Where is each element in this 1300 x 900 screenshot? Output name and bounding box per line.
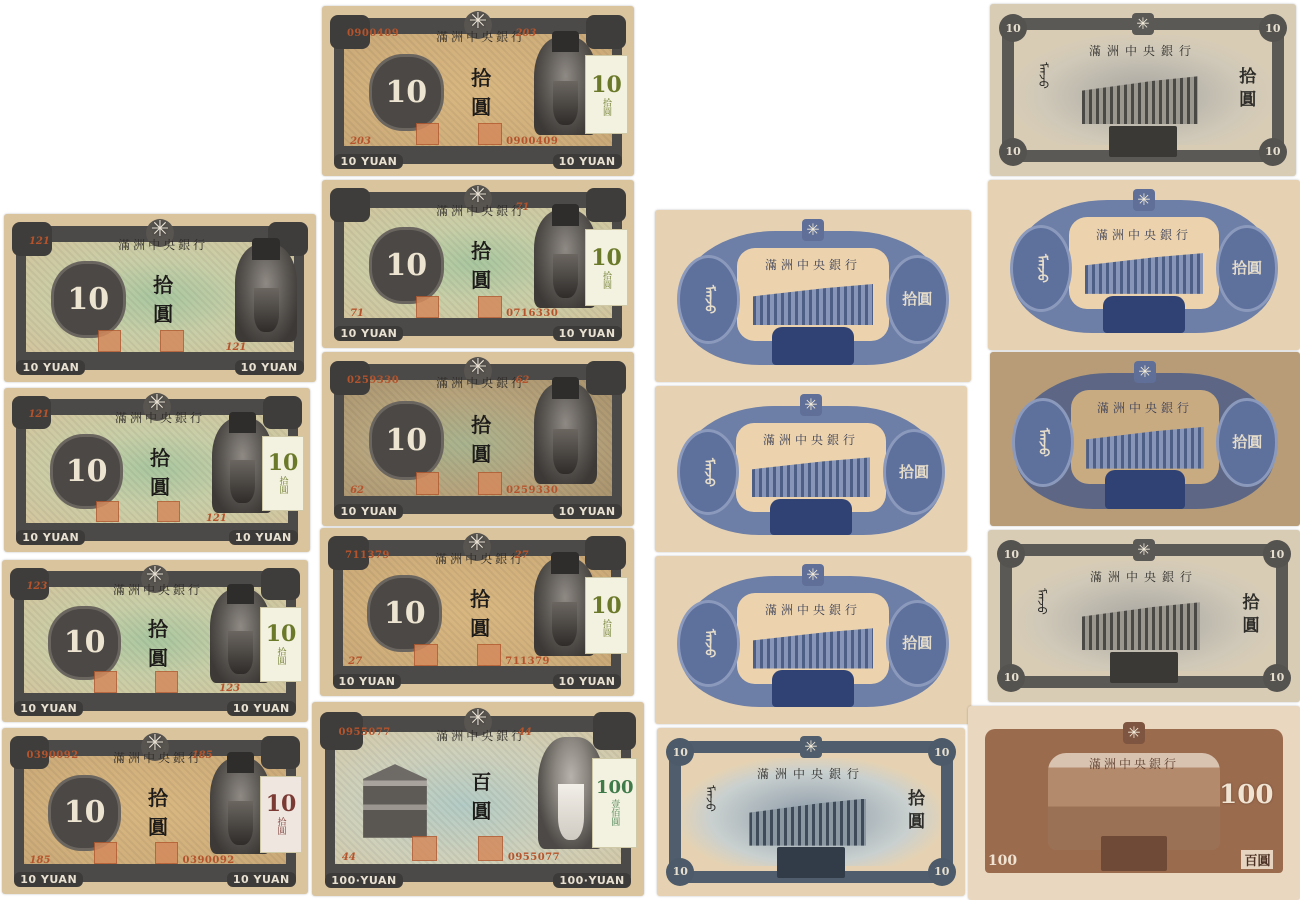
corner-numeral: 10 — [928, 858, 956, 886]
banknote-front-100-yuan-0955077: ✳ 滿洲中央銀行 0955077 0955077 44 44 百圓 100·YU… — [312, 702, 644, 896]
legal-text-plaque — [1103, 296, 1184, 333]
seal-stamp — [478, 836, 503, 861]
yuan-label: 10 YUAN — [227, 701, 296, 716]
portrait-emperor — [534, 383, 596, 484]
denomination-medallion: 10 — [372, 230, 441, 301]
denomination-chinese: 拾圓 — [145, 444, 176, 502]
portrait-emperor — [235, 244, 297, 341]
block-number: 123 — [219, 683, 240, 694]
seal-stamp — [478, 472, 502, 495]
corner-ornament — [586, 188, 627, 222]
overprint-stamp: 10拾圓 — [260, 776, 302, 853]
bank-name: 滿洲中央銀行 — [1066, 568, 1222, 585]
serial-number: 0955077 — [339, 727, 391, 738]
block-number: 71 — [515, 202, 529, 213]
corner-ornament — [593, 712, 636, 751]
mongolian-script-medallion: ᠮᠠᠨᠵᠤ — [1015, 401, 1071, 485]
denomination-medallion: 10 — [51, 778, 118, 848]
seal-stamp — [155, 842, 178, 864]
denomination-chinese: 百圓 — [465, 768, 498, 826]
seal-stamp — [94, 671, 117, 692]
serial-number: 711379 — [345, 550, 390, 561]
denomination-numeral-small: 100 — [988, 853, 1017, 869]
denomination-numeral: 100 — [1219, 780, 1273, 810]
yuan-label: 100·YUAN — [325, 873, 402, 888]
denomination-chinese: 拾圓 — [143, 615, 174, 673]
seal-stamp — [96, 501, 119, 523]
denomination-medallion: 10 — [54, 264, 123, 335]
star-emblem-icon: ✳ — [802, 219, 824, 241]
denomination-chinese: 拾圓 — [466, 411, 497, 469]
block-number: 27 — [515, 550, 529, 561]
corner-ornament — [263, 396, 303, 429]
yuan-label: 10 YUAN — [14, 701, 83, 716]
seal-stamp — [478, 296, 502, 318]
yuan-label: 10 YUAN — [16, 360, 85, 375]
yuan-label: 10 YUAN — [334, 326, 403, 341]
legal-text-plaque — [1109, 126, 1176, 157]
serial-number: 0716330 — [506, 308, 558, 319]
seal-stamp — [414, 644, 438, 666]
serial-number: 0259330 — [347, 375, 399, 386]
star-emblem-icon: ✳ — [800, 394, 822, 416]
seal-stamp — [416, 472, 440, 495]
block-number: 71 — [350, 308, 364, 319]
bank-name: 滿洲中央銀行 — [1067, 42, 1220, 59]
overprint-stamp: 10拾圓 — [260, 607, 302, 682]
yuan-label: 10 YUAN — [334, 154, 403, 169]
overprint-stamp: 10拾圓 — [262, 436, 304, 512]
corner-numeral: 10 — [666, 858, 694, 886]
yuan-label: 100·YUAN — [553, 873, 630, 888]
block-number: 203 — [515, 28, 536, 39]
block-number: 203 — [350, 136, 371, 147]
denomination-medallion: 10 — [370, 578, 439, 649]
banknote-front-10-yuan-0716330: ✳ 滿洲中央銀行 0716330 71 71 10 拾圓 10 YUAN 10 … — [322, 180, 634, 348]
overprint-stamp: 100壹佰圓 — [592, 758, 637, 847]
star-emblem-icon: ✳ — [1132, 13, 1154, 35]
mongolian-script: ᠮᠠᠨᠵᠤ — [1033, 62, 1054, 89]
mongolian-script-medallion: ᠮᠠᠨᠵᠤ — [680, 432, 736, 512]
star-emblem-icon: ✳ — [1133, 189, 1155, 211]
denomination-medallion: 拾圓 — [889, 258, 946, 341]
yuan-label: 10 YUAN — [553, 326, 622, 341]
corner-numeral: 10 — [997, 664, 1025, 692]
denomination-chinese: 拾圓 — [1239, 66, 1256, 112]
corner-ornament — [586, 361, 627, 396]
block-number: 121 — [226, 342, 247, 353]
banknote-front-10-yuan-711379: ✳ 滿洲中央銀行 711379 711379 27 27 10 拾圓 10 YU… — [320, 528, 634, 696]
legal-text-plaque — [1101, 836, 1167, 871]
yuan-label: 10 YUAN — [227, 872, 296, 887]
overprint-stamp: 10拾圓 — [585, 55, 628, 134]
banknote-reverse-10-yuan-blue: ✳ ᠮᠠᠨᠵᠤ 拾圓 滿洲中央銀行 — [655, 210, 971, 382]
legal-text-plaque — [1110, 652, 1179, 683]
bank-name: 滿洲中央銀行 — [1083, 399, 1207, 416]
yuan-label: 10 YUAN — [229, 530, 298, 545]
corner-numeral: 10 — [928, 738, 956, 766]
corner-numeral: 10 — [999, 138, 1027, 166]
banknote-reverse-10-yuan-blue: ✳ ᠮᠠᠨᠵᠤ 拾圓 滿洲中央銀行 — [988, 180, 1300, 350]
seal-stamp — [155, 671, 178, 692]
block-number: 27 — [348, 656, 362, 667]
bank-name: 滿洲中央銀行 — [434, 30, 528, 45]
banknote-front-10-yuan-block-121: ✳ 滿洲中央銀行 121 121 10 拾圓 10 YUAN 10 YUAN — [4, 214, 316, 382]
serial-number: 0900409 — [506, 136, 558, 147]
corner-ornament — [585, 536, 626, 570]
banknote-front-10-yuan-0259330: ✳ 滿洲中央銀行 0259330 0259330 62 62 10 拾圓 10 … — [322, 352, 634, 526]
yuan-label: 10 YUAN — [235, 360, 304, 375]
denomination-chinese: 拾圓 — [464, 585, 495, 643]
block-number: 62 — [515, 375, 529, 386]
mongolian-script-medallion: ᠮᠠᠨᠵᠤ — [680, 603, 737, 684]
serial-number: 0900409 — [347, 28, 399, 39]
block-number: 44 — [342, 852, 356, 863]
seal-stamp — [478, 123, 502, 145]
banknote-front-10-yuan-0390092: ✳ 滿洲中央銀行 0390092 0390092 185 185 10 拾圓 1… — [2, 728, 308, 894]
bank-name: 滿洲中央銀行 — [432, 729, 532, 744]
star-emblem-icon: ✳ — [802, 564, 824, 586]
seal-stamp — [416, 296, 440, 318]
legal-text-plaque — [772, 327, 854, 365]
seal-stamp — [416, 123, 440, 145]
bank-name: 滿洲中央銀行 — [433, 552, 527, 567]
denomination-medallion: 拾圓 — [1219, 401, 1275, 485]
serial-number: 711379 — [505, 656, 550, 667]
block-number: 121 — [29, 236, 50, 247]
bank-name: 滿洲中央銀行 — [734, 765, 888, 782]
seal-stamp — [477, 644, 501, 666]
corner-ornament — [586, 15, 627, 49]
yuan-label: 10 YUAN — [14, 872, 83, 887]
seal-stamp — [94, 842, 117, 864]
legal-text-plaque — [1105, 470, 1186, 508]
corner-ornament — [261, 568, 301, 600]
star-emblem-icon: ✳ — [1133, 539, 1155, 561]
block-number: 121 — [206, 513, 227, 524]
star-emblem-icon: ✳ — [1134, 361, 1156, 383]
yuan-label: 10 YUAN — [553, 154, 622, 169]
banknote-reverse-10-yuan-blue-aged: ✳ ᠮᠠᠨᠵᠤ 拾圓 滿洲中央銀行 — [990, 352, 1300, 526]
denomination-medallion: 10 — [372, 57, 441, 128]
denomination-medallion: 拾圓 — [886, 432, 942, 512]
block-number: 123 — [26, 581, 47, 592]
mongolian-script-medallion: ᠮᠠᠨᠵᠤ — [680, 258, 737, 341]
banknote-front-10-yuan-block-121-stamped: ✳ 滿洲中央銀行 121 121 10 拾圓 10 YUAN 10 YUAN 1… — [4, 388, 310, 552]
legal-text-plaque — [770, 499, 851, 536]
seal-stamp — [412, 836, 437, 861]
bank-name: 滿洲中央銀行 — [114, 411, 206, 426]
yuan-label: 10 YUAN — [333, 674, 402, 689]
legal-text-plaque — [772, 670, 854, 707]
mongolian-script-medallion: ᠮᠠᠨᠵᠤ — [1013, 228, 1069, 310]
denomination-chinese: 拾圓 — [466, 64, 497, 122]
overprint-stamp: 10拾圓 — [585, 229, 628, 307]
denomination-chinese: 拾圓 — [143, 784, 174, 842]
denomination-medallion: 10 — [51, 609, 118, 677]
yuan-label: 10 YUAN — [553, 674, 622, 689]
legal-text-plaque — [777, 847, 845, 877]
block-number: 44 — [518, 727, 532, 738]
bank-name: 滿洲中央銀行 — [750, 256, 876, 273]
corner-numeral: 10 — [1263, 664, 1291, 692]
serial-number: 0259330 — [506, 485, 558, 496]
denomination-chinese: 拾圓 — [1242, 592, 1259, 638]
serial-number: 0390092 — [26, 750, 78, 761]
corner-numeral: 10 — [1263, 540, 1291, 568]
block-number: 121 — [28, 409, 49, 420]
seal-stamp — [157, 501, 180, 523]
denomination-chinese: 拾圓 — [148, 271, 179, 329]
bank-name: 滿洲中央銀行 — [750, 601, 876, 618]
denomination-medallion: 拾圓 — [889, 603, 946, 684]
bank-name: 滿洲中央銀行 — [434, 204, 528, 219]
yuan-label: 10 YUAN — [553, 504, 622, 519]
banknote-front-10-yuan-block-123: ✳ 滿洲中央銀行 123 123 10 拾圓 10 YUAN 10 YUAN 1… — [2, 560, 308, 722]
overprint-stamp: 10拾圓 — [585, 577, 628, 655]
corner-ornament — [261, 736, 301, 769]
banknote-reverse-10-yuan-blue: ✳ ᠮᠠᠨᠵᠤ 拾圓 滿洲中央銀行 — [655, 386, 967, 552]
bank-name: 滿洲中央銀行 — [112, 751, 204, 766]
serial-number: 0955077 — [508, 852, 560, 863]
mongolian-script: ᠮᠠᠨᠵᠤ — [700, 785, 721, 812]
banknote-reverse-10-yuan-blue: ✳ ᠮᠠᠨᠵᠤ 拾圓 滿洲中央銀行 — [655, 556, 971, 724]
denomination-medallion: 10 — [372, 404, 441, 477]
denomination-medallion: 拾圓 — [1219, 228, 1275, 310]
block-number: 185 — [192, 750, 213, 761]
banknote-front-10-yuan-0900409: ✳ 滿洲中央銀行 0900409 0900409 203 203 10 拾圓 1… — [322, 6, 634, 176]
denomination-medallion: 10 — [53, 437, 120, 506]
seal-stamp — [160, 330, 184, 352]
banknote-reverse-10-yuan-gray: ✳ 10 10 10 10 滿洲中央銀行 ᠮᠠᠨᠵᠤ 拾圓 — [988, 530, 1300, 702]
bank-name: 滿洲中央銀行 — [434, 376, 528, 391]
block-number: 185 — [30, 855, 51, 866]
block-number: 62 — [350, 485, 364, 496]
banknote-reverse-10-yuan-gray: ✳ 10 10 10 10 滿洲中央銀行 ᠮᠠᠨᠵᠤ 拾圓 — [990, 4, 1296, 176]
denomination-chinese: 百圓 — [1241, 850, 1273, 869]
banknote-reverse-100-yuan-brown: ✳ 滿洲中央銀行 100 100 百圓 — [968, 706, 1300, 900]
bank-name: 滿洲中央銀行 — [749, 431, 874, 448]
bank-name: 滿洲中央銀行 — [116, 238, 210, 253]
corner-ornament — [330, 188, 371, 222]
denomination-chinese: 拾圓 — [466, 237, 497, 295]
corner-numeral: 10 — [1259, 14, 1287, 42]
banknote-reverse-10-yuan-bluegray: ✳ 10 10 10 10 滿洲中央銀行 ᠮᠠᠨᠵᠤ 拾圓 — [657, 728, 965, 896]
bank-name: 滿洲中央銀行 — [112, 583, 204, 598]
star-emblem-icon: ✳ — [800, 736, 822, 758]
corner-numeral: 10 — [1259, 138, 1287, 166]
denomination-chinese: 拾圓 — [908, 788, 925, 834]
star-emblem-icon: ✳ — [1123, 722, 1145, 744]
serial-number: 0390092 — [183, 855, 235, 866]
bank-name: 滿洲中央銀行 — [1082, 226, 1207, 243]
bank-name: 滿洲中央銀行 — [1051, 755, 1217, 772]
yuan-label: 10 YUAN — [16, 530, 85, 545]
mongolian-script: ᠮᠠᠨᠵᠤ — [1032, 588, 1053, 615]
yuan-label: 10 YUAN — [334, 504, 403, 519]
seal-stamp — [98, 330, 122, 352]
